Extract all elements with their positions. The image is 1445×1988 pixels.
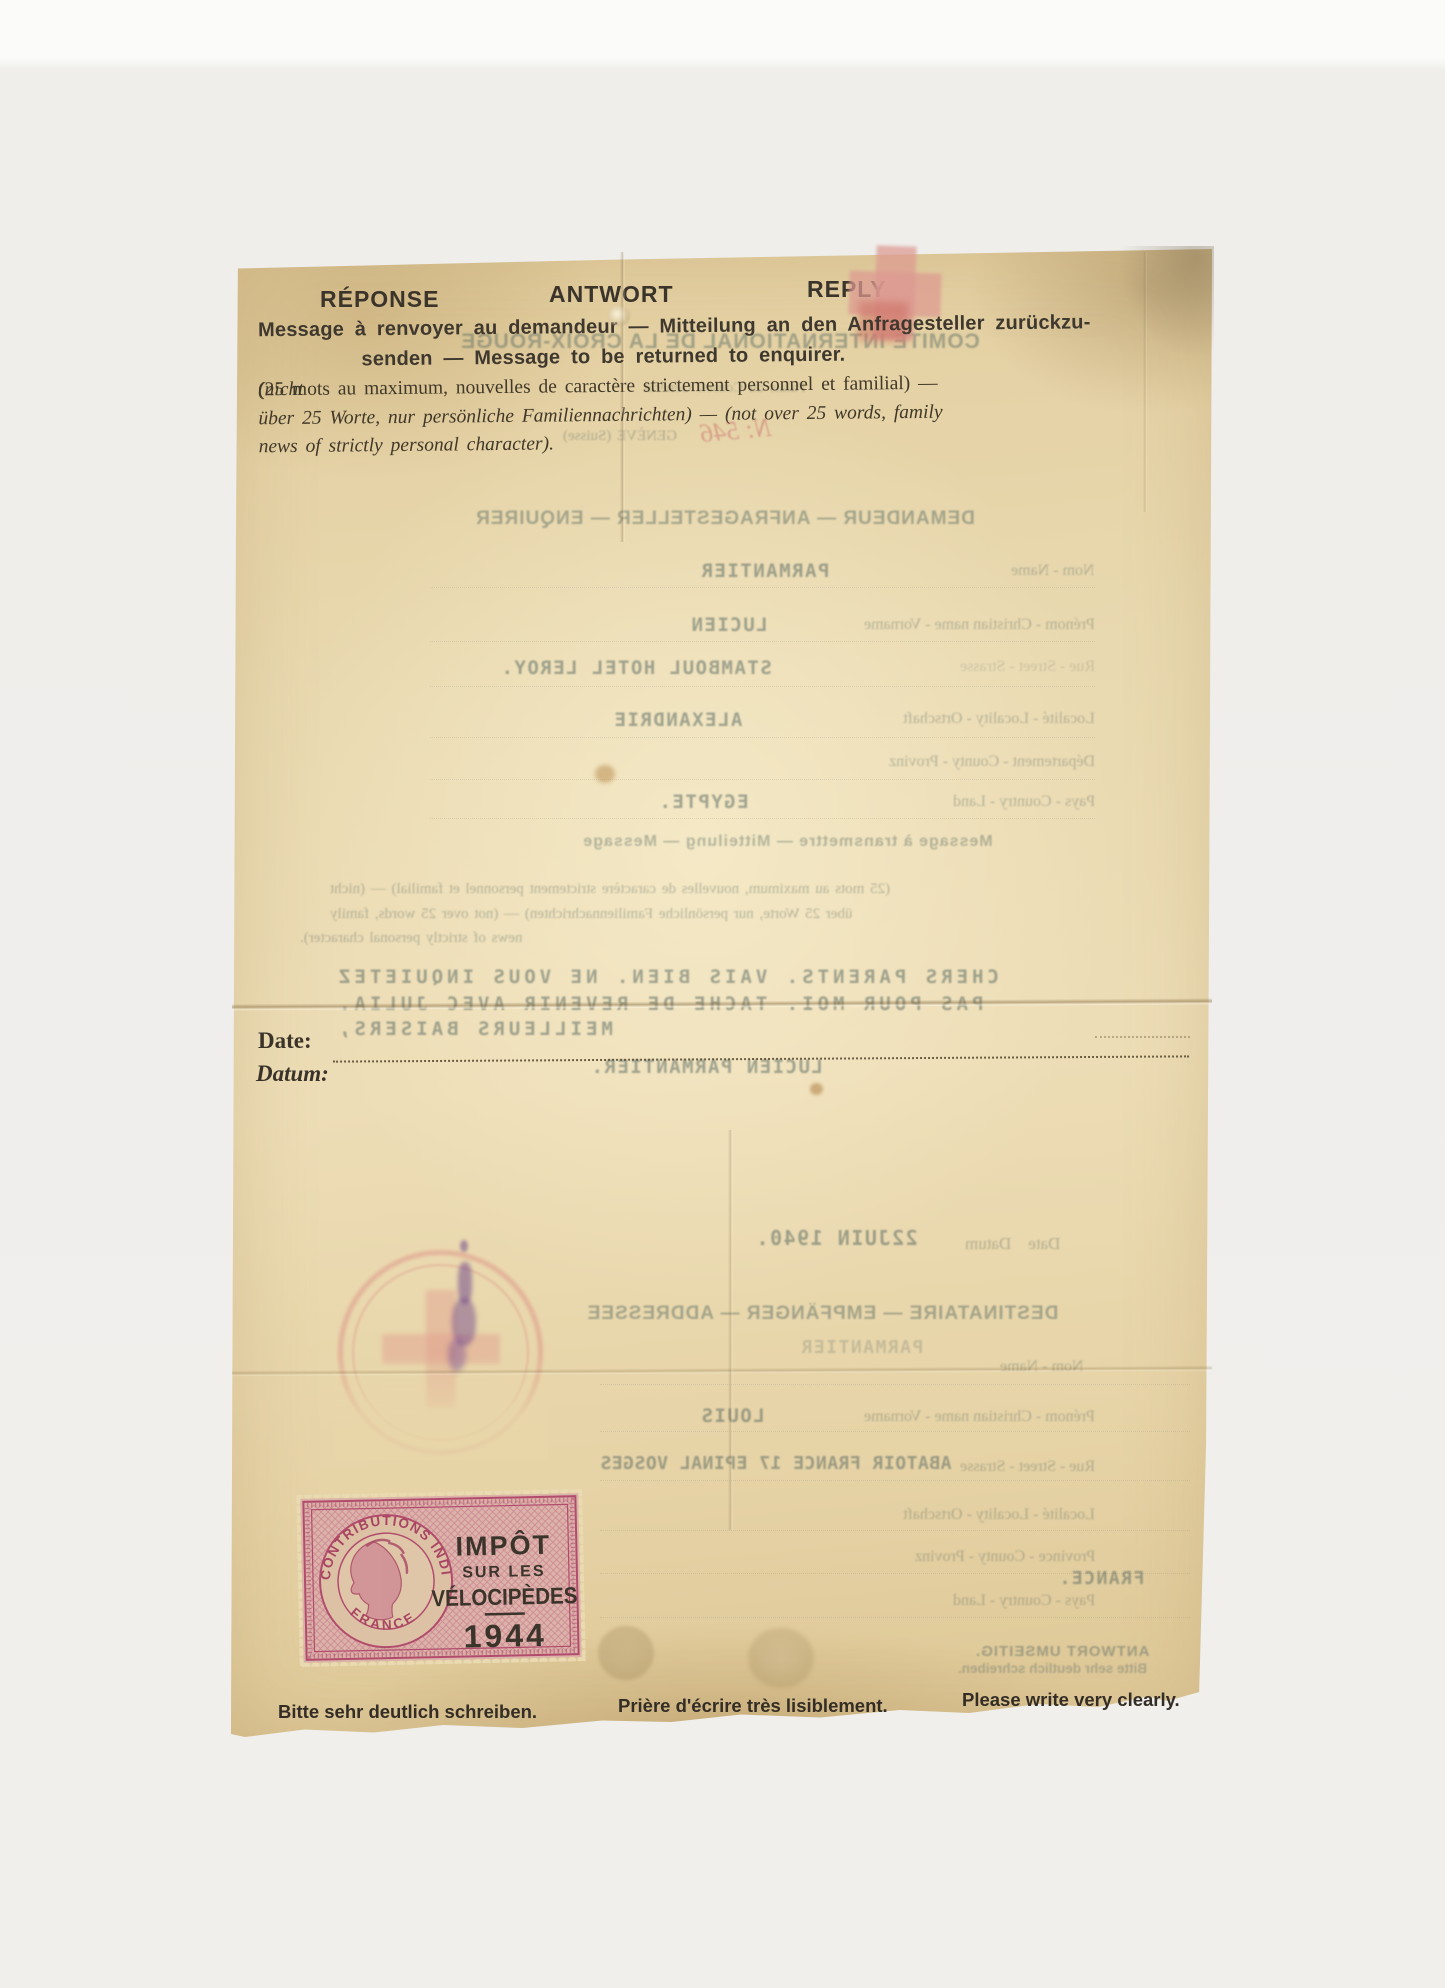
- vertical-crease: [620, 252, 625, 542]
- bleed-dotted-rule: [430, 737, 1095, 738]
- datum-label: Datum:: [256, 1061, 329, 1087]
- circular-stamp-fade-overlay: [334, 1246, 548, 1460]
- bleed-note-line: über 25 Worte, nur persönliche Familienn…: [330, 906, 852, 923]
- bleed-value: PARMANTIER: [700, 560, 829, 582]
- stamp-year: 1944: [463, 1617, 547, 1655]
- bleed-note-line: news of strictly personal character).: [300, 930, 523, 947]
- bleed-label: Prénom - Christian name - Vorname: [864, 1408, 1095, 1426]
- bleed-label: Rue - Street - Strasse: [960, 1458, 1095, 1476]
- scanned-red-cross-message-form: COMITÉ INTERNATIONAL DE LA CROIX-ROUGE P…: [0, 0, 1445, 1988]
- bleed-label: Province - County - Provinz: [915, 1548, 1095, 1566]
- bleed-label: Nom - Name: [1011, 562, 1095, 580]
- bleed-value: ABATOIR FRANCE 17 EPINAL VOSGES: [600, 1453, 951, 1474]
- bleed-message-header: Message à transmettre — Mitteilung — Mes…: [560, 833, 1015, 851]
- bleed-note-line: (25 mots au maximum, nouvelles de caract…: [330, 881, 890, 898]
- bleed-message-line: MEILLEURS BAISERS,: [335, 1018, 613, 1040]
- footer-french: Prière d'écrire très lisiblement.: [618, 1695, 888, 1717]
- bleed-value: ALEXANDRIE: [613, 709, 742, 731]
- footer-german: Bitte sehr deutlich schreiben.: [278, 1701, 537, 1723]
- bleed-label: Département - County - Provinz: [889, 753, 1095, 771]
- grease-spot: [748, 1628, 814, 1688]
- limit-note-line1-italic: (nicht: [258, 379, 304, 401]
- bleed-addressee-header: DESTINATAIRE — EMPFÄNGER — ADDRESSEE: [545, 1303, 1100, 1325]
- bleed-label: Localité - Locality - Ortschaft: [903, 1506, 1095, 1524]
- bleed-value: STAMBOUL HOTEL LEROY.: [500, 657, 772, 679]
- bleed-antwort-umseitig: ANTWORT UMSEITIG.: [975, 1643, 1150, 1660]
- stamp-title-velocipedes: VÉLOCIPÈDES: [431, 1581, 578, 1611]
- bleed-date-value: 22JUIN 1940.: [755, 1226, 918, 1250]
- bleed-dotted-rule: [600, 1617, 1190, 1618]
- stamp-title-impot: IMPÔT: [455, 1529, 551, 1562]
- rust-spot: [595, 765, 615, 783]
- footer-english: Please write very clearly.: [962, 1689, 1180, 1711]
- date-fill-in-line-fragment: [1095, 1024, 1190, 1038]
- bleed-message-line: CHERS PARENTS. VAIS BIEN. NE VOUS INQUIE…: [335, 966, 999, 988]
- corner-shadow-stain: [1118, 246, 1214, 358]
- ink-blot-dot: [460, 1240, 468, 1252]
- purple-ink-blot: [448, 1240, 488, 1375]
- paper-dimple: [608, 306, 630, 326]
- bleed-dotted-rule: [430, 641, 1095, 642]
- bleed-value: EGYPTE.: [658, 791, 749, 813]
- bleed-label: Localité - Locality - Ortschaft: [903, 710, 1095, 728]
- bleed-dotted-rule: [600, 1573, 1190, 1574]
- bleed-dotted-rule: [600, 1384, 1190, 1385]
- limit-note-line3: news of strictly personal character).: [259, 433, 554, 458]
- faded-circular-stamp: [338, 1250, 543, 1455]
- bleed-dotted-rule: [600, 1431, 1190, 1432]
- bleed-dotted-rule: [600, 1530, 1190, 1531]
- bleed-dotted-rule: [430, 818, 1095, 819]
- bleed-enquirer-header: DEMANDEUR — ANFRAGESTELLER — ENQUIRER: [420, 508, 1030, 530]
- stamp-title-surles: SUR LES: [462, 1563, 546, 1582]
- bleed-value: LUCIEN: [690, 614, 768, 636]
- date-label: Date:: [258, 1028, 312, 1054]
- bleed-dotted-rule: [430, 779, 1095, 780]
- header-antwort: ANTWORT: [549, 281, 674, 308]
- bleed-label: Pays - Country - Land: [953, 1592, 1095, 1610]
- bleed-value: FRANCE.: [1058, 1568, 1144, 1589]
- bleed-dotted-rule: [430, 686, 1095, 687]
- bleed-dotted-rule: [600, 1480, 1190, 1481]
- rust-spot: [810, 1083, 823, 1095]
- bleed-bitte-note: Bitte sehr deutlich schreiben.: [958, 1661, 1147, 1676]
- velocipede-tax-stamp: CONTRIBUTIONS INDIRECTES FRANCE IMPÔT SU…: [296, 1489, 586, 1667]
- ink-blot-streak: [448, 1338, 466, 1372]
- vertical-crease: [728, 1130, 733, 1530]
- grease-spot: [598, 1626, 654, 1680]
- header-reponse: RÉPONSE: [320, 286, 439, 313]
- bleed-date-label: Date Datum: [965, 1234, 1060, 1254]
- bleed-label: Rue - Street - Strasse: [960, 658, 1095, 676]
- bleed-addressee-name-ghost: PARMANTIER: [800, 1337, 923, 1358]
- bleed-label: Prénom - Christian name - Vorname: [864, 616, 1095, 634]
- bleed-dotted-rule: [430, 587, 1095, 588]
- bleed-label: Pays - Country - Land: [953, 793, 1095, 811]
